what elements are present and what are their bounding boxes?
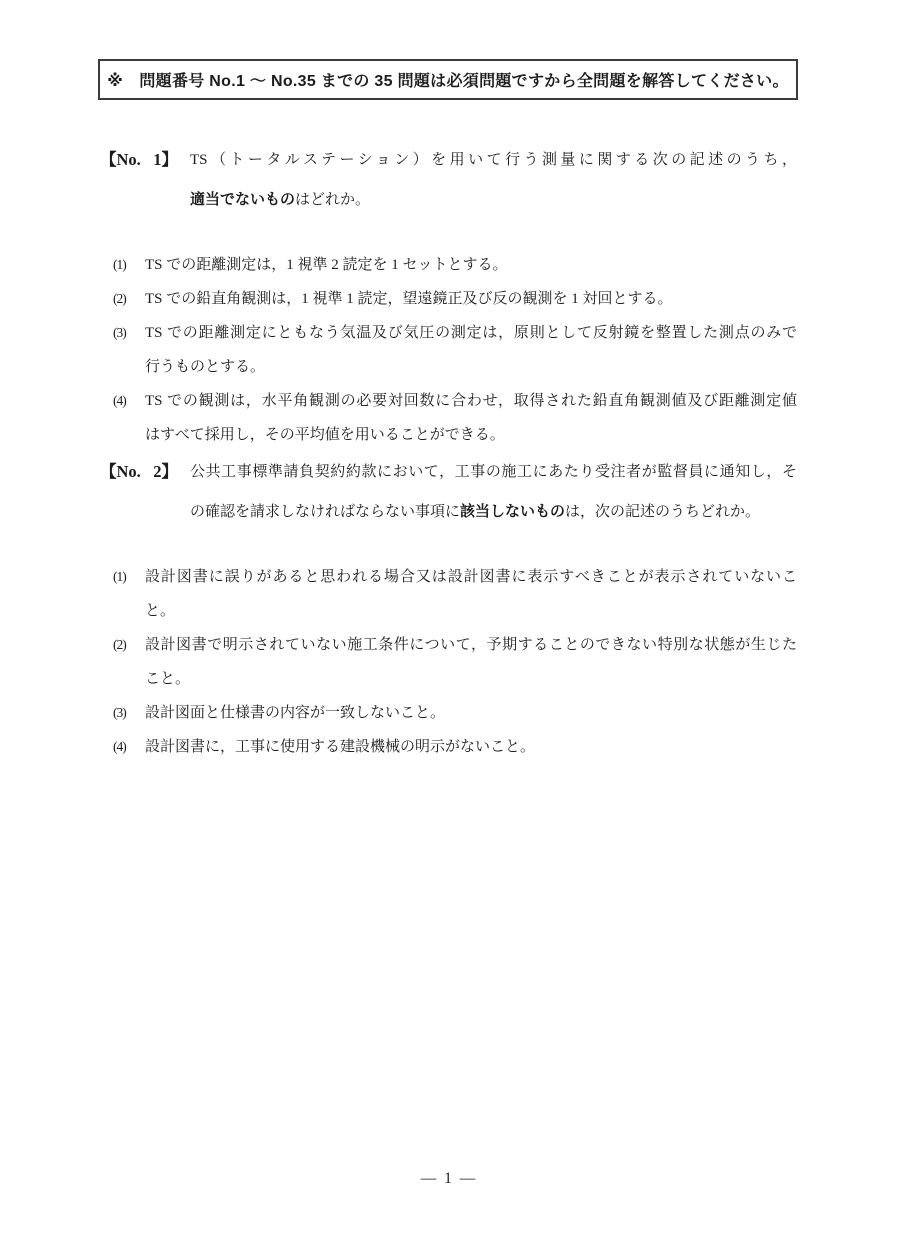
option-row: (2) TS での鉛直角観測は，1 視準 1 読定，望遠鏡正及び反の観測を 1 … (113, 282, 797, 316)
notice-text: ※ 問題番号 No.1 ～ No.35 までの 35 問題は必須問題ですから全問… (107, 68, 789, 91)
option-row: (3) 設計図面と仕様書の内容が一致しないこと。 (113, 696, 797, 730)
option-line: TS での距離測定は，1 視準 2 読定を 1 セットとする。 (145, 248, 797, 282)
notice-box: ※ 問題番号 No.1 ～ No.35 までの 35 問題は必須問題ですから全問… (98, 59, 798, 100)
question-label-number: 1】 (153, 140, 178, 220)
statement-bold-text: 該当しないもの (460, 503, 565, 520)
option-text: TS での距離測定にともなう気温及び気圧の測定は，原則として反射鏡を整置した測点… (145, 316, 797, 384)
question-label-open: 【No. (100, 452, 141, 532)
option-line: 設計図書に，工事に使用する建設機械の明示がないこと。 (145, 730, 797, 764)
statement-line: TS（トータルステーション）を用いて行う測量に関する次の記述のうち， (190, 140, 797, 180)
option-line: 設計図書で明示されていない施工条件について，予期することのできない特別な状態が生… (145, 628, 797, 662)
statement-line: の確認を請求しなければならない事項に該当しないものは，次の記述のうちどれか。 (190, 492, 797, 532)
option-text: 設計図書で明示されていない施工条件について，予期することのできない特別な状態が生… (145, 628, 797, 696)
statement-line: 公共工事標準請負契約約款において，工事の施工にあたり受注者が監督員に通知し，そ (190, 452, 797, 492)
question-1-options: (1) TS での距離測定は，1 視準 2 読定を 1 セットとする。 (2) … (100, 248, 797, 452)
option-number: (4) (113, 730, 145, 764)
statement-text: はどれか。 (295, 192, 370, 208)
question-label-number: 2】 (153, 452, 178, 532)
statement-bold-text: 適当でないもの (190, 191, 295, 208)
option-row: (3) TS での距離測定にともなう気温及び気圧の測定は，原則として反射鏡を整置… (113, 316, 797, 384)
option-row: (1) 設計図書に誤りがあると思われる場合又は設計図書に表示すべきことが表示され… (113, 560, 797, 628)
option-text: TS での観測は，水平角観測の必要対回数に合わせ，取得された鉛直角観測値及び距離… (145, 384, 797, 452)
option-number: (4) (113, 384, 145, 452)
option-text: TS での距離測定は，1 視準 2 読定を 1 セットとする。 (145, 248, 797, 282)
option-line: 設計図面と仕様書の内容が一致しないこと。 (145, 696, 797, 730)
option-number: (3) (113, 696, 145, 730)
question-2-number-label: 【No. 2】 (100, 452, 178, 532)
option-number: (1) (113, 560, 145, 628)
statement-line: 適当でないものはどれか。 (190, 180, 797, 220)
option-text: 設計図書に，工事に使用する建設機械の明示がないこと。 (145, 730, 797, 764)
option-row: (2) 設計図書で明示されていない施工条件について，予期することのできない特別な… (113, 628, 797, 696)
question-1-statement: TS（トータルステーション）を用いて行う測量に関する次の記述のうち， 適当でない… (190, 140, 797, 220)
option-line: 行うものとする。 (145, 350, 797, 384)
exam-page: ※ 問題番号 No.1 ～ No.35 までの 35 問題は必須問題ですから全問… (0, 0, 898, 1240)
question-1-number-label: 【No. 1】 (100, 140, 178, 220)
option-row: (4) TS での観測は，水平角観測の必要対回数に合わせ，取得された鉛直角観測値… (113, 384, 797, 452)
option-line: TS での観測は，水平角観測の必要対回数に合わせ，取得された鉛直角観測値及び距離… (145, 384, 797, 418)
statement-text: は，次の記述のうちどれか。 (565, 504, 760, 520)
option-line: こと。 (145, 662, 797, 696)
option-number: (1) (113, 248, 145, 282)
option-number: (2) (113, 282, 145, 316)
option-text: 設計図書に誤りがあると思われる場合又は設計図書に表示すべきことが表示されていない… (145, 560, 797, 628)
option-line: 設計図書に誤りがあると思われる場合又は設計図書に表示すべきことが表示されていない… (145, 560, 797, 594)
question-2: 【No. 2】 公共工事標準請負契約約款において，工事の施工にあたり受注者が監督… (100, 452, 797, 764)
page-number: — 1 — (0, 1170, 898, 1188)
option-row: (1) TS での距離測定は，1 視準 2 読定を 1 セットとする。 (113, 248, 797, 282)
option-line: と。 (145, 594, 797, 628)
question-2-header: 【No. 2】 公共工事標準請負契約約款において，工事の施工にあたり受注者が監督… (100, 452, 797, 532)
option-line: TS での鉛直角観測は，1 視準 1 読定，望遠鏡正及び反の観測を 1 対回とす… (145, 282, 797, 316)
option-text: 設計図面と仕様書の内容が一致しないこと。 (145, 696, 797, 730)
question-1-header: 【No. 1】 TS（トータルステーション）を用いて行う測量に関する次の記述のう… (100, 140, 797, 220)
question-label-open: 【No. (100, 140, 141, 220)
option-row: (4) 設計図書に，工事に使用する建設機械の明示がないこと。 (113, 730, 797, 764)
question-1: 【No. 1】 TS（トータルステーション）を用いて行う測量に関する次の記述のう… (100, 140, 797, 452)
option-line: TS での距離測定にともなう気温及び気圧の測定は，原則として反射鏡を整置した測点… (145, 316, 797, 350)
question-2-options: (1) 設計図書に誤りがあると思われる場合又は設計図書に表示すべきことが表示され… (100, 560, 797, 764)
option-line: はすべて採用し，その平均値を用いることができる。 (145, 418, 797, 452)
question-2-statement: 公共工事標準請負契約約款において，工事の施工にあたり受注者が監督員に通知し，そ … (190, 452, 797, 532)
option-number: (2) (113, 628, 145, 696)
option-text: TS での鉛直角観測は，1 視準 1 読定，望遠鏡正及び反の観測を 1 対回とす… (145, 282, 797, 316)
statement-text: の確認を請求しなければならない事項に (190, 504, 460, 520)
option-number: (3) (113, 316, 145, 384)
